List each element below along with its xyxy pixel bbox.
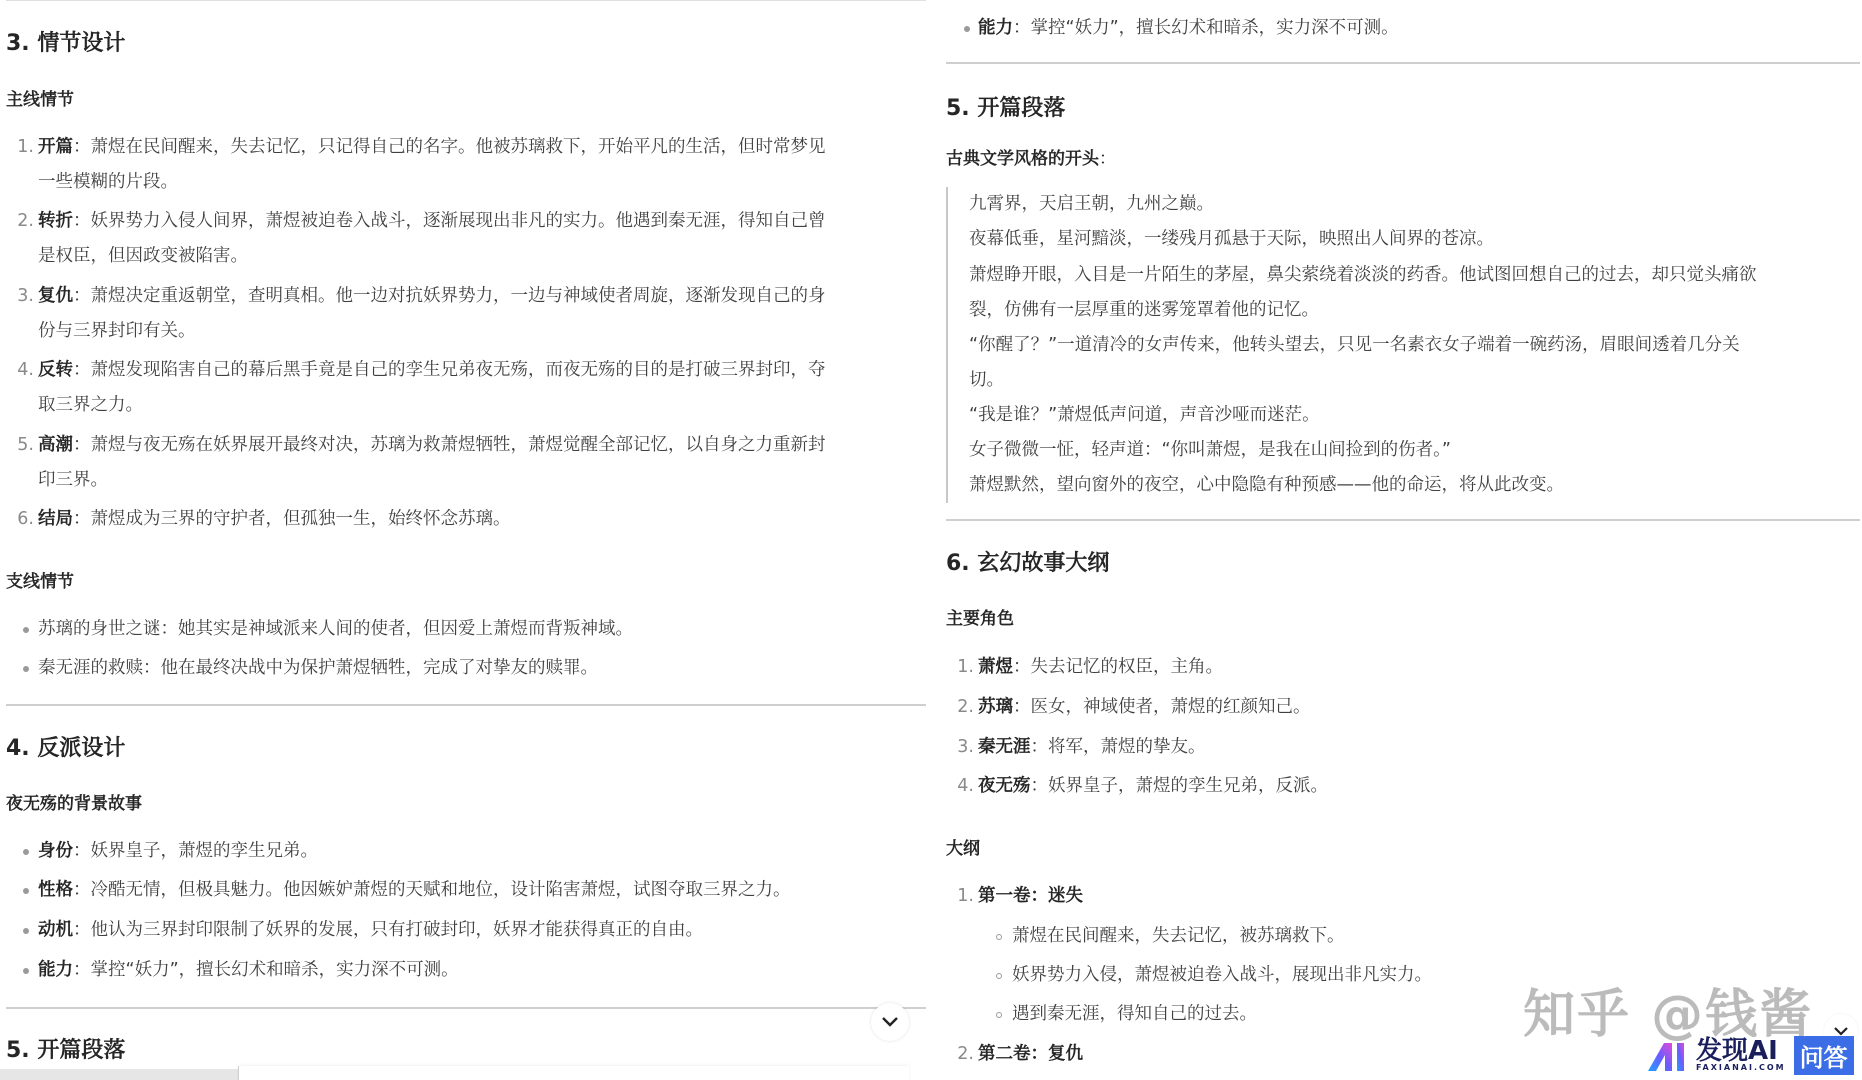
list-item-continuation: 一些模糊的片段。 [38, 165, 178, 200]
subheading: 主线情节 [6, 85, 74, 110]
quote-line: 女子微微一怔，轻声道：“你叫萧煜，是我在山间捡到的伤者。” [969, 433, 1451, 468]
subheading: 大纲 [946, 834, 980, 859]
quote-line: 切。 [969, 363, 1004, 398]
section-heading: 4. 反派设计 [6, 731, 125, 762]
list-item: 3.秦无涯：将军，萧煜的挚友。 [946, 730, 1206, 765]
bottom-panel [238, 1066, 909, 1080]
list-item: 秦无涯的救赎：他在最终决战中为保护萧煜牺牲，完成了对挚友的赎罪。 [38, 651, 598, 686]
qa-label: 问答 [1794, 1036, 1854, 1075]
list-item: 1.第一卷：迷失 [946, 879, 1083, 914]
subheading: 夜无殇的背景故事 [6, 789, 142, 814]
quote-line: 九霄界，天启王朝，九州之巅。 [969, 187, 1214, 222]
bullet-icon [996, 934, 1002, 940]
bullet-icon [23, 888, 29, 894]
bullet-icon [996, 973, 1002, 979]
quote-line: 萧煜睁开眼，入目是一片陌生的茅屋，鼻尖萦绕着淡淡的药香。他试图回想自己的过去，却… [969, 258, 1757, 293]
bullet-icon [23, 627, 29, 633]
chevron-down-icon [1833, 1026, 1849, 1036]
subheading: 主要角色 [946, 604, 1014, 629]
quote-line: 萧煜默然，望向窗外的夜空，心中隐隐有种预感——他的命运，将从此改变。 [969, 468, 1564, 503]
faxianai-badge[interactable]: 发现AI FAXIANAI.COM 问答 [1646, 1036, 1854, 1075]
left-column: 3. 情节设计 主线情节 1.开篇：萧煜在民间醒来，失去记忆，只记得自己的名字。… [0, 0, 930, 1080]
list-item: 性格：冷酷无情，但极具魅力。他因嫉妒萧煜的天赋和地位，设计陷害萧煜，试图夺取三界… [38, 873, 791, 908]
sub-list-item: 遇到秦无涯，得知自己的过去。 [1012, 997, 1257, 1032]
badge-text: 发现AI FAXIANAI.COM [1696, 1039, 1786, 1072]
list-item: 2.转折：妖界势力入侵人间界，萧煜被迫卷入战斗，逐渐展现出非凡的实力。他遇到秦无… [6, 204, 826, 239]
quote-line: 裂，仿佛有一层厚重的迷雾笼罩着他的记忆。 [969, 293, 1319, 328]
list-item: 6.结局：萧煜成为三界的守护者，但孤独一生，始终怀念苏璃。 [6, 502, 511, 537]
divider [6, 704, 926, 706]
bullet-icon [23, 849, 29, 855]
list-item: 能力：掌控“妖力”，擅长幻术和暗杀，实力深不可测。 [38, 953, 459, 988]
sub-list-item: 萧煜在民间醒来，失去记忆，被苏璃救下。 [1012, 919, 1345, 954]
subheading: 支线情节 [6, 567, 74, 592]
list-item-continuation: 取三界之力。 [38, 388, 143, 423]
sub-list-item: 妖界势力入侵，萧煜被迫卷入战斗，展现出非凡实力。 [1012, 958, 1432, 993]
list-item-continuation: 份与三界封印有关。 [38, 314, 196, 349]
divider [946, 62, 1860, 64]
list-item: 动机：他认为三界封印限制了妖界的发展，只有打破封印，妖界才能获得真正的自由。 [38, 913, 703, 948]
subheading: 古典文学风格的开头： [946, 144, 1116, 169]
section-heading: 5. 开篇段落 [6, 1033, 125, 1064]
list-item: 2.苏璃：医女，神域使者，萧煜的红颜知己。 [946, 690, 1311, 725]
divider [6, 0, 926, 1]
right-column: 能力：掌控“妖力”，擅长幻术和暗杀，实力深不可测。 5. 开篇段落 古典文学风格… [940, 0, 1862, 1080]
chevron-down-icon [881, 1016, 899, 1028]
quote-line: “我是谁？”萧煜低声问道，声音沙哑而迷茫。 [969, 398, 1320, 433]
list-item: 能力：掌控“妖力”，擅长幻术和暗杀，实力深不可测。 [978, 11, 1399, 46]
list-item: 1.开篇：萧煜在民间醒来，失去记忆，只记得自己的名字。他被苏璃救下，开始平凡的生… [6, 130, 826, 165]
list-item: 身份：妖界皇子，萧煜的孪生兄弟。 [38, 834, 318, 869]
blockquote-bar [946, 187, 948, 503]
section-heading: 5. 开篇段落 [946, 91, 1065, 122]
list-item: 4.反转：萧煜发现陷害自己的幕后黑手竟是自己的孪生兄弟夜无殇，而夜无殇的目的是打… [6, 353, 826, 388]
list-item: 苏璃的身世之谜：她其实是神域派来人间的使者，但因爱上萧煜而背叛神域。 [38, 612, 633, 647]
list-item-continuation: 是权臣，但因政变被陷害。 [38, 239, 248, 274]
bullet-icon [996, 1012, 1002, 1018]
quote-line: 夜幕低垂，星河黯淡，一缕残月孤悬于天际，映照出人间界的苍凉。 [969, 222, 1494, 257]
bullet-icon [23, 928, 29, 934]
divider [6, 1007, 926, 1009]
bullet-icon [964, 26, 970, 32]
list-item: 2.第二卷：复仇 [946, 1037, 1083, 1072]
divider [946, 519, 1860, 521]
bottom-scrollbar-track[interactable] [0, 1069, 238, 1080]
quote-line: “你醒了？”一道清冷的女声传来，他转头望去，只见一名素衣女子端着一碗药汤，眉眼间… [969, 328, 1740, 363]
bullet-icon [23, 666, 29, 672]
scroll-down-button[interactable] [871, 1003, 909, 1041]
list-item: 4.夜无殇：妖界皇子，萧煜的孪生兄弟，反派。 [946, 769, 1328, 804]
ai-logo-icon [1646, 1041, 1688, 1071]
list-item: 5.高潮：萧煜与夜无殇在妖界展开最终对决，苏璃为救萧煜牺牲，萧煜觉醒全部记忆，以… [6, 428, 826, 463]
list-item-continuation: 印三界。 [38, 463, 108, 498]
list-item: 3.复仇：萧煜决定重返朝堂，查明真相。他一边对抗妖界势力，一边与神域使者周旋，逐… [6, 279, 826, 314]
bullet-icon [23, 968, 29, 974]
section-heading: 3. 情节设计 [6, 26, 125, 57]
section-heading: 6. 玄幻故事大纲 [946, 546, 1109, 577]
list-item: 1.萧煜：失去记忆的权臣，主角。 [946, 650, 1223, 685]
